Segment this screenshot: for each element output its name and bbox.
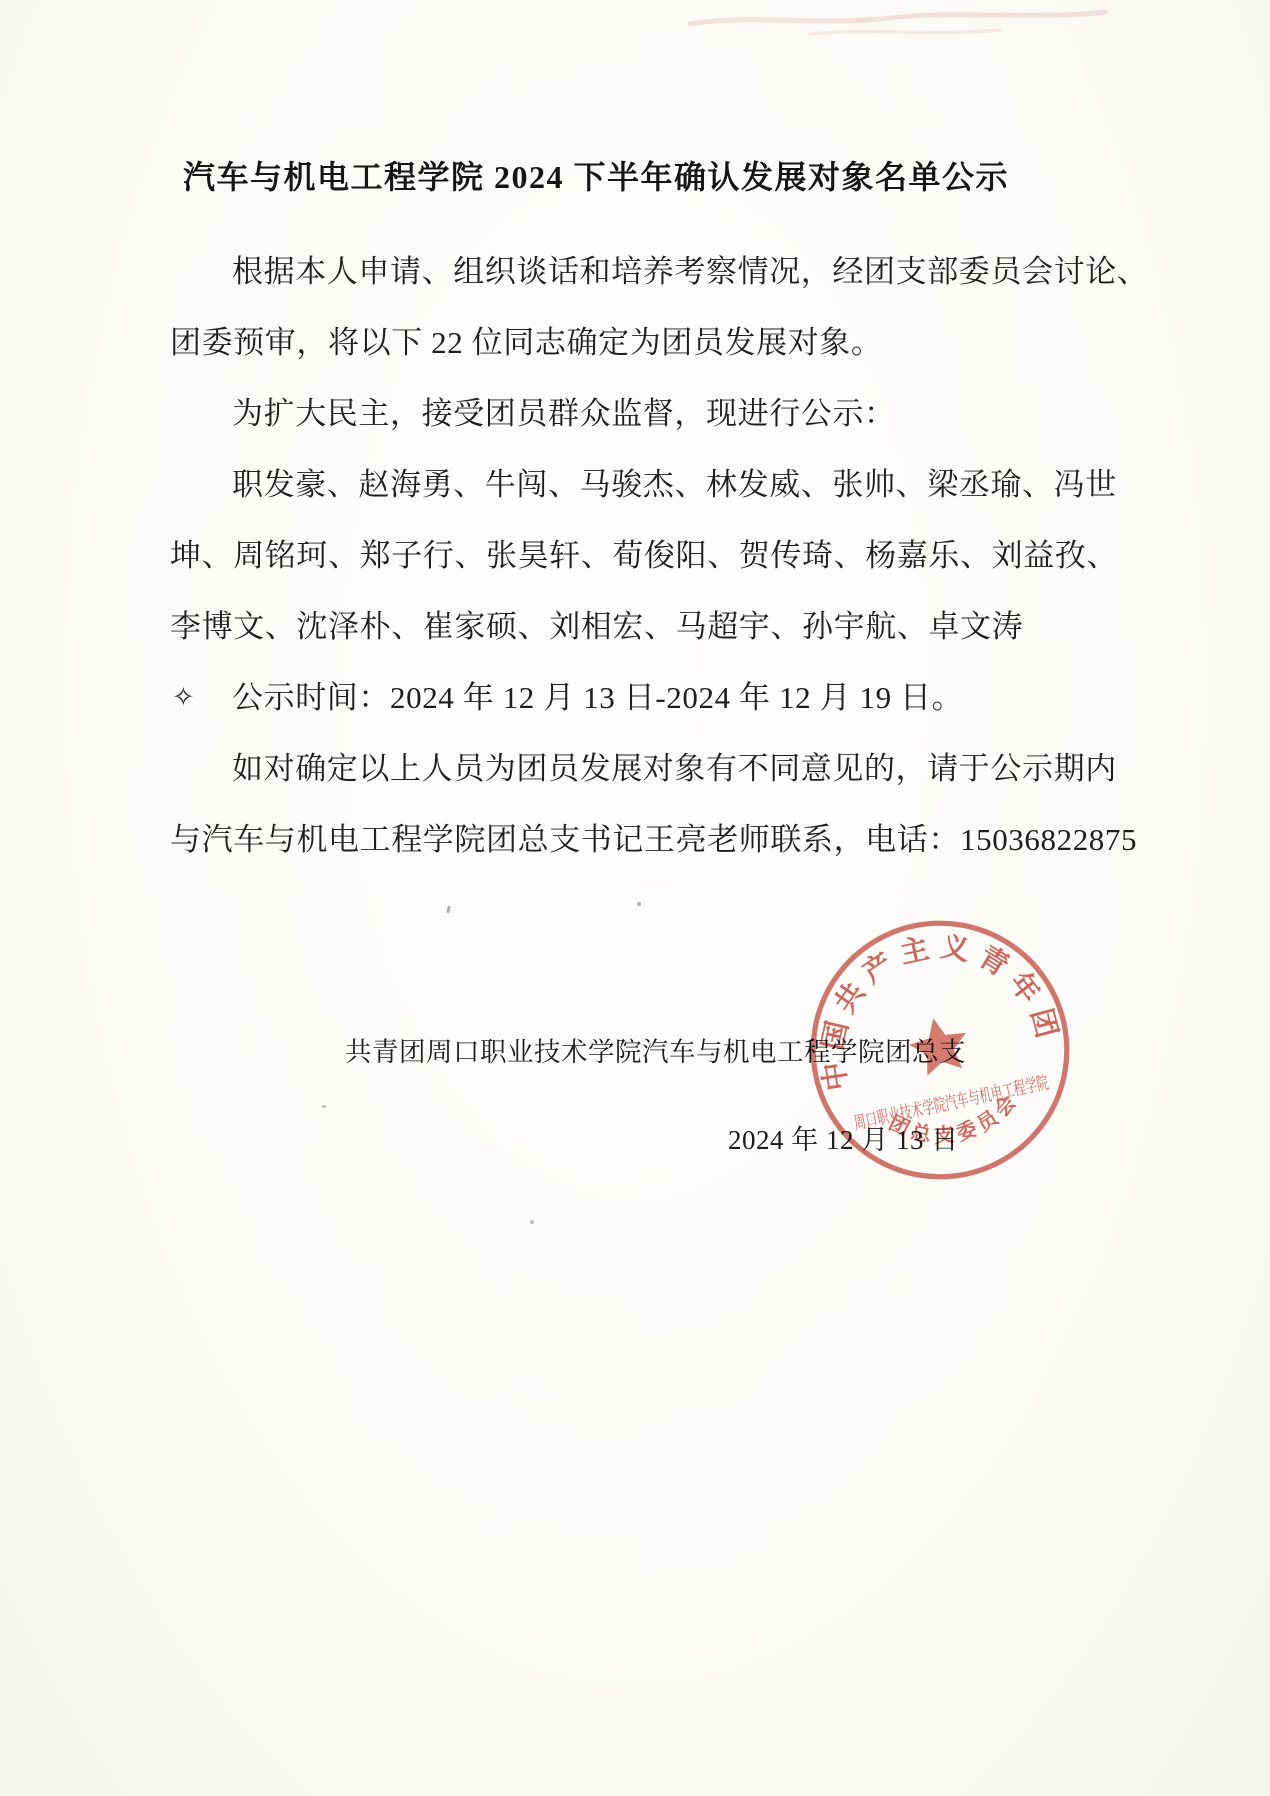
red-ink-smudge	[660, 0, 1130, 50]
body-line: 如对确定以上人员为团员发展对象有不同意见的，请于公示期内	[170, 733, 1110, 804]
document-body: 根据本人申请、组织谈话和培养考察情况，经团支部委员会讨论、 团委预审，将以下 2…	[170, 236, 1110, 875]
publicity-period-text: 公示时间：2024 年 12 月 13 日-2024 年 12 月 19 日。	[232, 680, 963, 715]
body-line: 根据本人申请、组织谈话和培养考察情况，经团支部委员会讨论、	[170, 236, 1110, 307]
scanned-document-page: 汽车与机电工程学院 2024 下半年确认发展对象名单公示 根据本人申请、组织谈话…	[0, 0, 1270, 1796]
body-line: 为扩大民主，接受团员群众监督，现进行公示：	[170, 378, 1110, 449]
ink-speck	[530, 1220, 534, 1224]
body-line: 团委预审，将以下 22 位同志确定为团员发展对象。	[170, 307, 1110, 378]
ink-speck	[446, 906, 451, 914]
page-title: 汽车与机电工程学院 2024 下半年确认发展对象名单公示	[183, 152, 1009, 198]
body-line-names: 职发豪、赵海勇、牛闯、马骏杰、林发威、张帅、梁丞瑜、冯世	[170, 449, 1110, 520]
body-line-names: 坤、周铭珂、郑子行、张昊轩、荀俊阳、贺传琦、杨嘉乐、刘益孜、	[170, 520, 1110, 591]
diamond-bullet-icon: ✧	[172, 662, 195, 733]
signature-line: 共青团周口职业技术学院汽车与机电工程学院团总支	[345, 1030, 966, 1069]
body-line-names: 李博文、沈泽朴、崔家硕、刘相宏、马超宇、孙宇航、卓文涛	[170, 591, 1110, 662]
body-line: 与汽车与机电工程学院团总支书记王亮老师联系，电话：15036822875	[170, 804, 1110, 875]
date-line: 2024 年 12 月 13 日	[728, 1118, 959, 1157]
ink-speck	[322, 1105, 326, 1108]
publicity-period-line: ✧ 公示时间：2024 年 12 月 13 日-2024 年 12 月 19 日…	[170, 662, 1110, 733]
ink-speck	[637, 902, 641, 906]
